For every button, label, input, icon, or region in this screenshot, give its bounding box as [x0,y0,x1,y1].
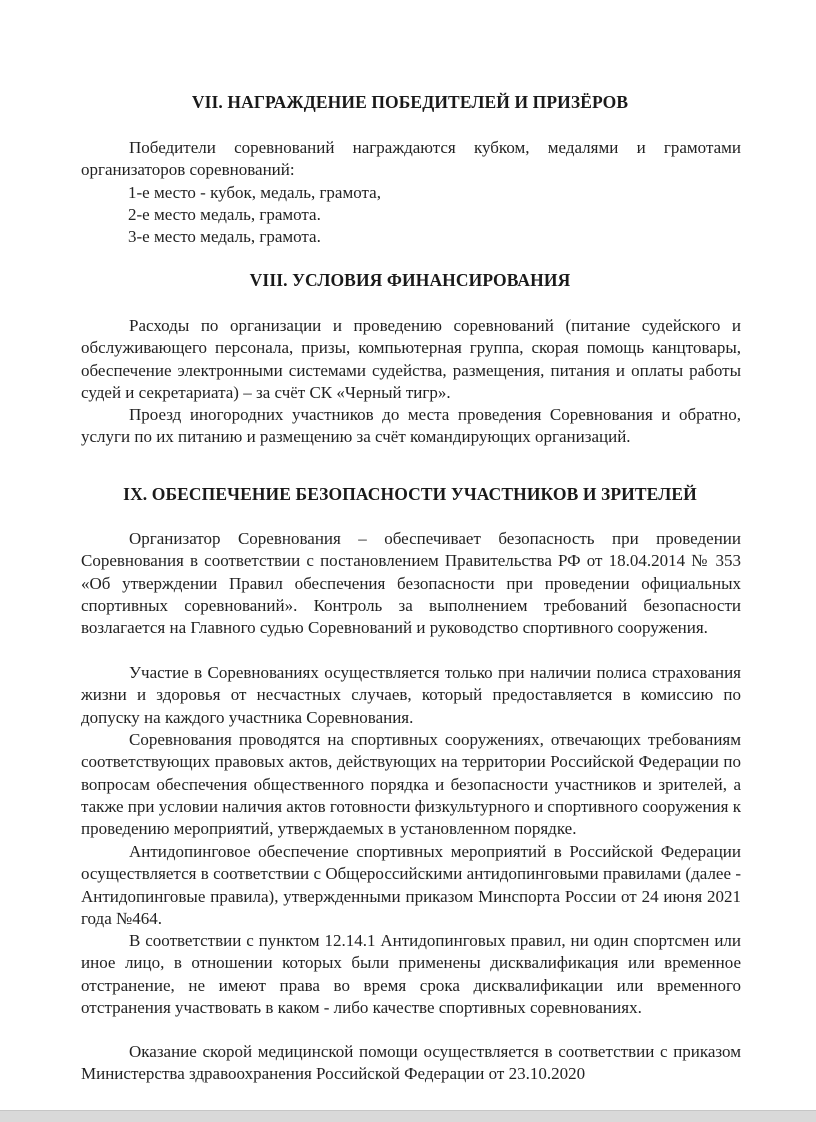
list-item: 2-е место медаль, грамота. [128,204,321,226]
section-heading-vii: VII. НАГРАЖДЕНИЕ ПОБЕДИТЕЛЕЙ И ПРИЗЁРОВ [80,92,740,113]
paragraph: Расходы по организации и проведению соре… [81,315,741,404]
paragraph: Победители соревнований награждаются куб… [81,137,741,182]
section-heading-viii: VIII. УСЛОВИЯ ФИНАНСИРОВАНИЯ [80,270,740,291]
paragraph: В соответствии с пунктом 12.14.1 Антидоп… [81,930,741,1019]
section-heading-ix: IX. ОБЕСПЕЧЕНИЕ БЕЗОПАСНОСТИ УЧАСТНИКОВ … [80,484,740,505]
list-item: 3-е место медаль, грамота. [128,226,321,248]
document-page: VII. НАГРАЖДЕНИЕ ПОБЕДИТЕЛЕЙ И ПРИЗЁРОВ … [0,0,816,1110]
paragraph: Антидопинговое обеспечение спортивных ме… [81,841,741,930]
paragraph: Участие в Соревнованиях осуществляется т… [81,662,741,729]
paragraph: Проезд иногородних участников до места п… [81,404,741,449]
paragraph: Оказание скорой медицинской помощи осуще… [81,1041,741,1086]
page-bottom-edge [0,1110,816,1122]
paragraph: Организатор Соревнования – обеспечивает … [81,528,741,639]
paragraph: Соревнования проводятся на спортивных со… [81,729,741,840]
list-item: 1-е место - кубок, медаль, грамота, [128,182,381,204]
